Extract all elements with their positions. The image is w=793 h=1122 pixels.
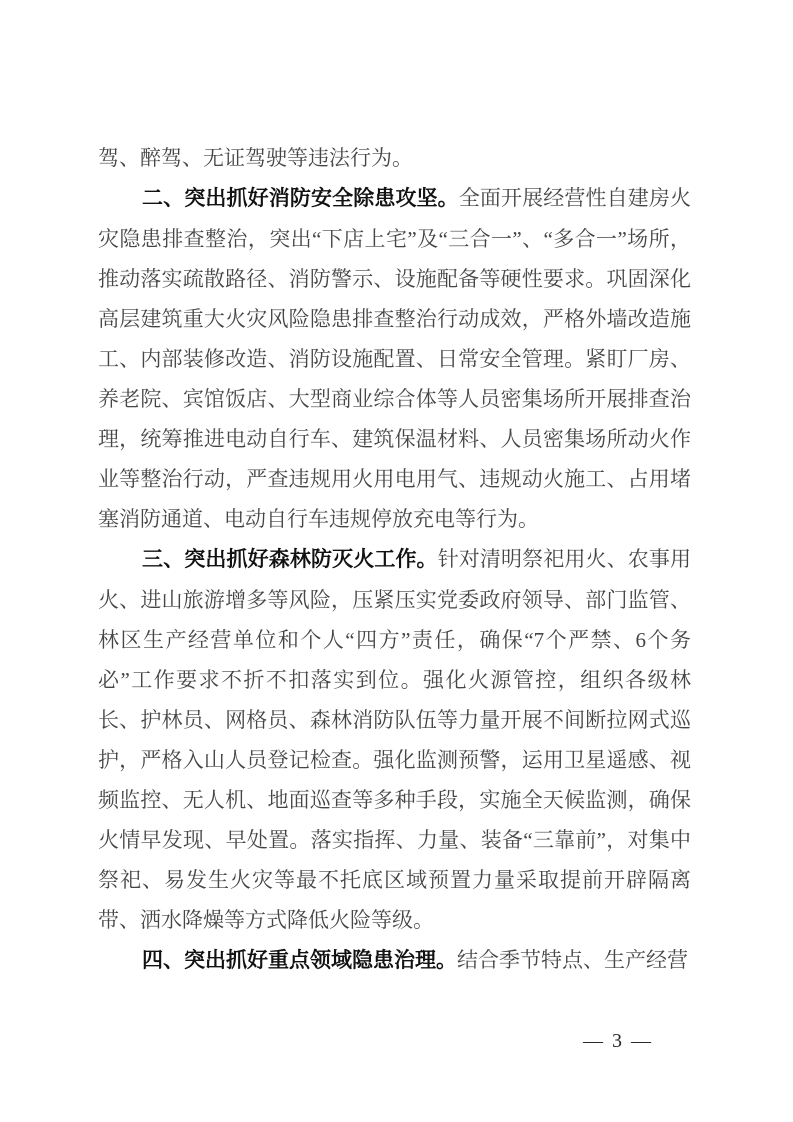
- paragraph-continuation: 驾、醉驾、无证驾驶等违法行为。: [98, 138, 691, 178]
- document-page: 驾、醉驾、无证驾驶等违法行为。 二、突出抓好消防安全除患攻坚。全面开展经营性自建…: [0, 0, 793, 1122]
- paragraph-section-4: 四、突出抓好重点领域隐患治理。结合季节特点、生产经营: [98, 940, 691, 981]
- section-4-body-text: 结合季节特点、生产经营: [457, 948, 688, 972]
- document-text-block: 驾、醉驾、无证驾驶等违法行为。 二、突出抓好消防安全除患攻坚。全面开展经营性自建…: [98, 138, 691, 981]
- paragraph-section-3: 三、突出抓好森林防灭火工作。针对清明祭祀用火、农事用火、进山旅游增多等风险，压紧…: [98, 539, 691, 940]
- paragraph-section-2: 二、突出抓好消防安全除患攻坚。全面开展经营性自建房火灾隐患排查整治，突出“下店上…: [98, 178, 691, 539]
- page-number: — 3 —: [583, 1030, 653, 1053]
- section-3-body-text: 针对清明祭祀用火、农事用火、进山旅游增多等风险，压紧压实党委政府领导、部门监管、…: [98, 547, 691, 932]
- section-3-heading: 三、突出抓好森林防灭火工作。: [142, 548, 438, 571]
- section-2-body-text: 全面开展经营性自建房火灾隐患排查整治，突出“下店上宅”及“三合一”、“多合一”场…: [98, 186, 691, 531]
- paragraph-continuation-text: 驾、醉驾、无证驾驶等违法行为。: [98, 146, 413, 170]
- section-2-heading: 二、突出抓好消防安全除患攻坚。: [142, 187, 459, 210]
- section-4-heading: 四、突出抓好重点领域隐患治理。: [142, 949, 457, 972]
